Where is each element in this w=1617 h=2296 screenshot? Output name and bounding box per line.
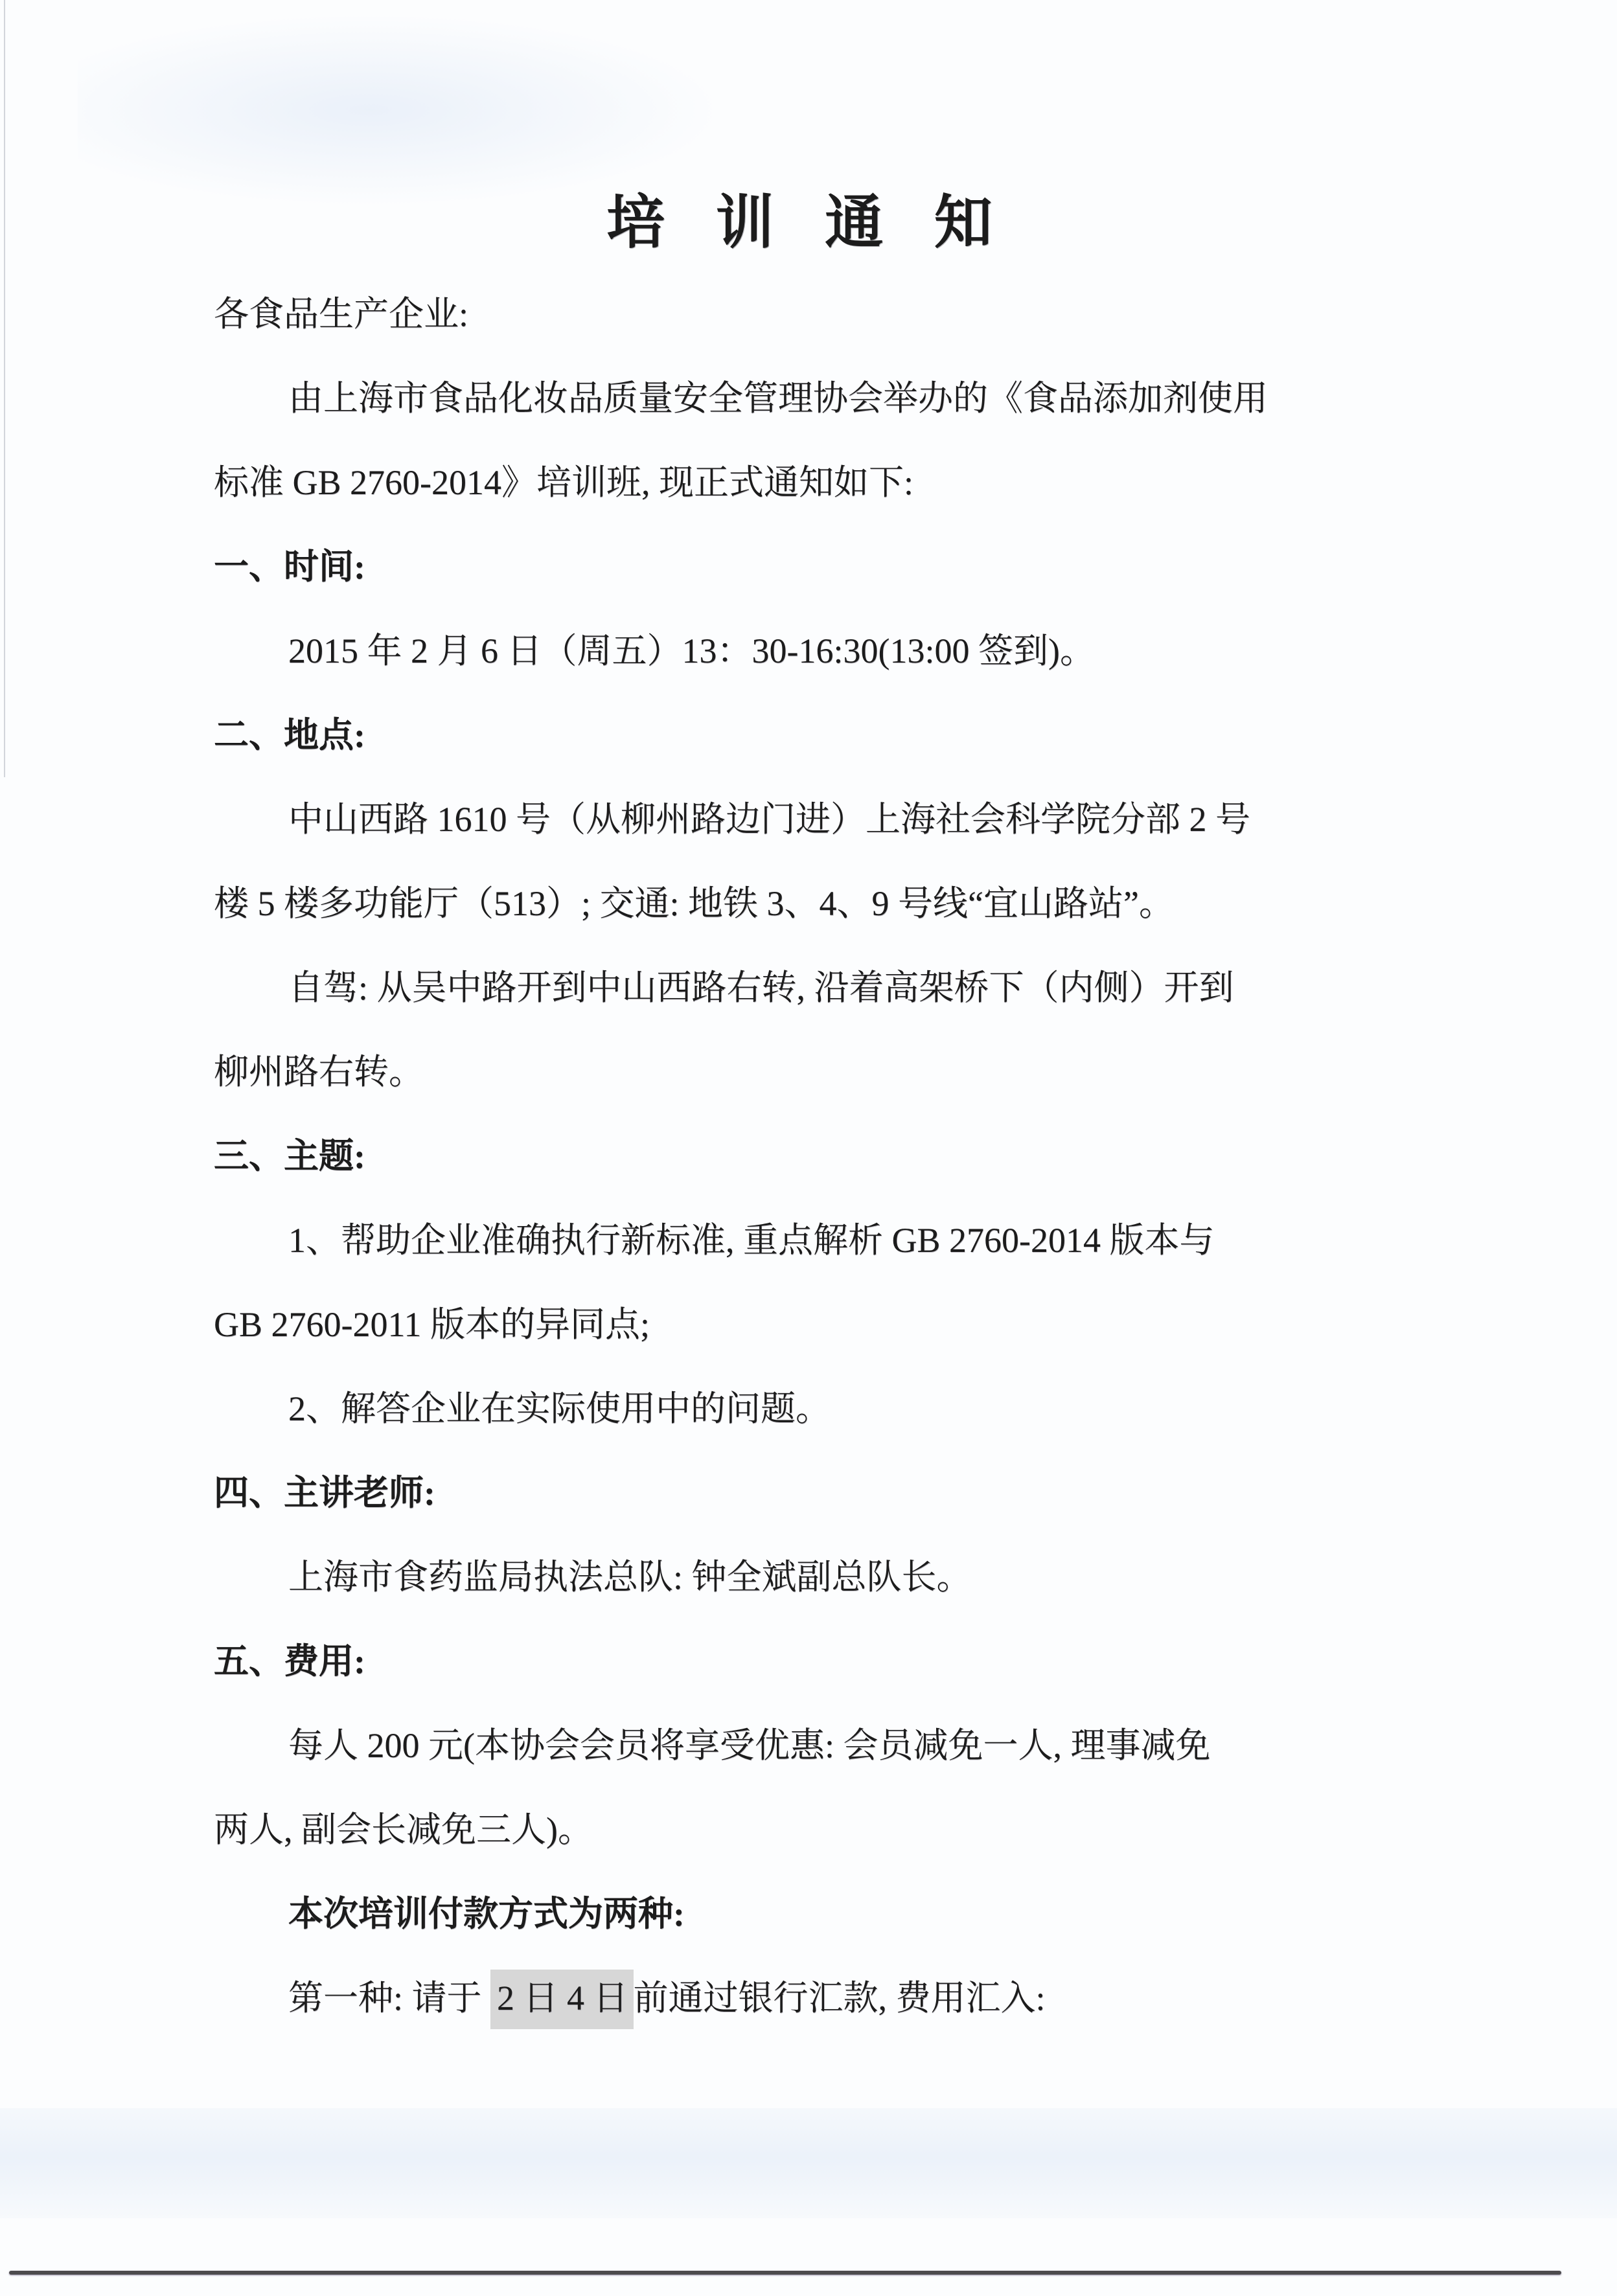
- doc-line-fee-2: 两人, 副会长减免三人)。: [214, 1788, 1406, 1872]
- doc-line-location-2: 楼 5 楼多功能厅（513）; 交通: 地铁 3、4、9 号线“宜山路站”。: [214, 861, 1406, 946]
- scanned-document-page: 培 训 通 知 各食品生产企业: 由上海市食品化妆品质量安全管理协会举办的《食品…: [0, 0, 1617, 2296]
- payment-text-after: 前通过银行汇款, 费用汇入:: [634, 1979, 1046, 2018]
- doc-heading-topic: 三、主题:: [214, 1114, 1406, 1198]
- doc-line-location-1: 中山西路 1610 号（从柳州路边门进）上海社会科学院分部 2 号: [214, 777, 1406, 861]
- doc-line-salutation: 各食品生产企业:: [214, 272, 1406, 356]
- highlighted-date: 2 日 4 日: [490, 1970, 634, 2029]
- doc-heading-lecturer: 四、主讲老师:: [214, 1451, 1406, 1535]
- doc-line-intro-1: 由上海市食品化妆品质量安全管理协会举办的《食品添加剂使用: [214, 356, 1406, 440]
- doc-heading-fee: 五、费用:: [214, 1619, 1406, 1703]
- doc-heading-time: 一、时间:: [214, 525, 1406, 609]
- doc-line-topic-1a: 1、帮助企业准确执行新标准, 重点解析 GB 2760-2014 版本与: [214, 1198, 1406, 1282]
- doc-line-driving-1: 自驾: 从吴中路开到中山西路右转, 沿着高架桥下（内侧）开到: [214, 946, 1406, 1030]
- document-title: 培 训 通 知: [0, 0, 1617, 272]
- doc-line-topic-2: 2、解答企业在实际使用中的问题。: [214, 1367, 1406, 1451]
- doc-heading-location: 二、地点:: [214, 693, 1406, 777]
- doc-line-payment-method: 第一种: 请于 2 日 4 日前通过银行汇款, 费用汇入:: [214, 1956, 1406, 2040]
- document-body: 各食品生产企业: 由上海市食品化妆品质量安全管理协会举办的《食品添加剂使用 标准…: [214, 272, 1406, 2040]
- scan-artifact-page-edge-line: [9, 2271, 1561, 2275]
- doc-line-fee-1: 每人 200 元(本协会会员将享受优惠: 会员减免一人, 理事减免: [214, 1703, 1406, 1788]
- doc-line-time-value: 2015 年 2 月 6 日（周五）13：30-16:30(13:00 签到)。: [214, 609, 1406, 693]
- doc-line-intro-2: 标准 GB 2760-2014》培训班, 现正式通知如下:: [214, 440, 1406, 525]
- doc-line-topic-1b: GB 2760-2011 版本的异同点;: [214, 1282, 1406, 1367]
- doc-line-lecturer-value: 上海市食药监局执法总队: 钟全斌副总队长。: [214, 1535, 1406, 1619]
- doc-line-driving-2: 柳州路右转。: [214, 1030, 1406, 1114]
- payment-text-before: 第一种: 请于: [288, 1979, 490, 2018]
- doc-line-payment-intro: 本次培训付款方式为两种:: [214, 1872, 1406, 1956]
- scan-artifact-bottom-band: [0, 2108, 1617, 2218]
